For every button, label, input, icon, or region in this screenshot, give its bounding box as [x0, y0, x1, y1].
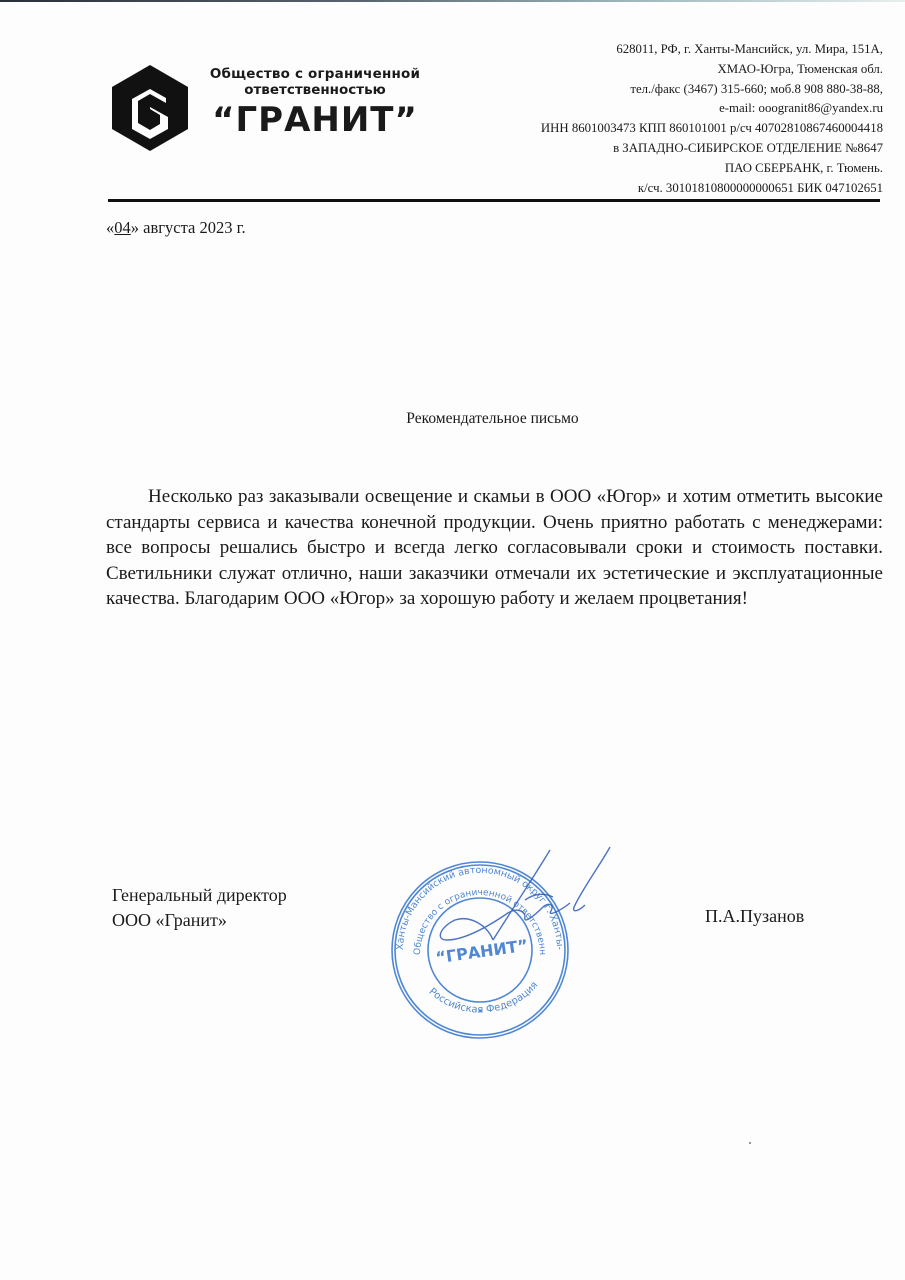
letter-title: Рекомендательное письмо: [0, 410, 905, 428]
logo-line-2: ответственностью: [200, 82, 430, 98]
signatory-position: Генеральный директор ООО «Гранит»: [112, 883, 287, 933]
company-name: “ГРАНИТ”: [200, 100, 430, 140]
letter-body: Несколько раз заказывали освещение и ска…: [106, 484, 883, 612]
requisite-address: 628011, РФ, г. Ханты-Мансийск, ул. Мира,…: [541, 40, 883, 60]
requisite-bik: к/сч. 30101810800000000651 БИК 047102651: [541, 179, 883, 199]
date-open-quote: «: [106, 218, 114, 237]
position-company: ООО «Гранит»: [112, 908, 287, 933]
requisite-region: ХМАО-Югра, Тюменская обл.: [541, 60, 883, 80]
date-rest: » августа 2023 г.: [131, 218, 246, 237]
requisite-inn: ИНН 8601003473 КПП 860101001 р/сч 407028…: [541, 119, 883, 139]
hexagon-g-logo-icon: [110, 63, 190, 153]
company-requisites: 628011, РФ, г. Ханты-Мансийск, ул. Мира,…: [541, 40, 883, 198]
scan-top-edge: [0, 0, 905, 2]
stamp-bottom-text: Российская Федерация: [427, 980, 541, 1016]
requisite-email: e-mail: ooogranit86@yandex.ru: [541, 99, 883, 119]
requisite-bank-branch: в ЗАПАДНО-СИБИРСКОЕ ОТДЕЛЕНИЕ №8647: [541, 139, 883, 159]
company-stamp: Ханты-Мансийский автономный округ г. Хан…: [375, 845, 625, 1045]
letter-date: «04» августа 2023 г.: [106, 218, 246, 238]
requisite-phone: тел./факс (3467) 315-660; моб.8 908 880-…: [541, 80, 883, 100]
svg-text:Российская Федерация: Российская Федерация: [427, 980, 541, 1016]
date-day: 04: [114, 218, 131, 237]
logo-line-1: Общество с ограниченной: [200, 66, 430, 82]
signatory-name: П.А.Пузанов: [705, 906, 804, 927]
header-divider: [108, 199, 880, 202]
position-title: Генеральный директор: [112, 883, 287, 908]
requisite-bank: ПАО СБЕРБАНК, г. Тюмень.: [541, 159, 883, 179]
company-logo-text: Общество с ограниченной ответственностью…: [200, 66, 430, 140]
scan-speck: [749, 1142, 751, 1144]
